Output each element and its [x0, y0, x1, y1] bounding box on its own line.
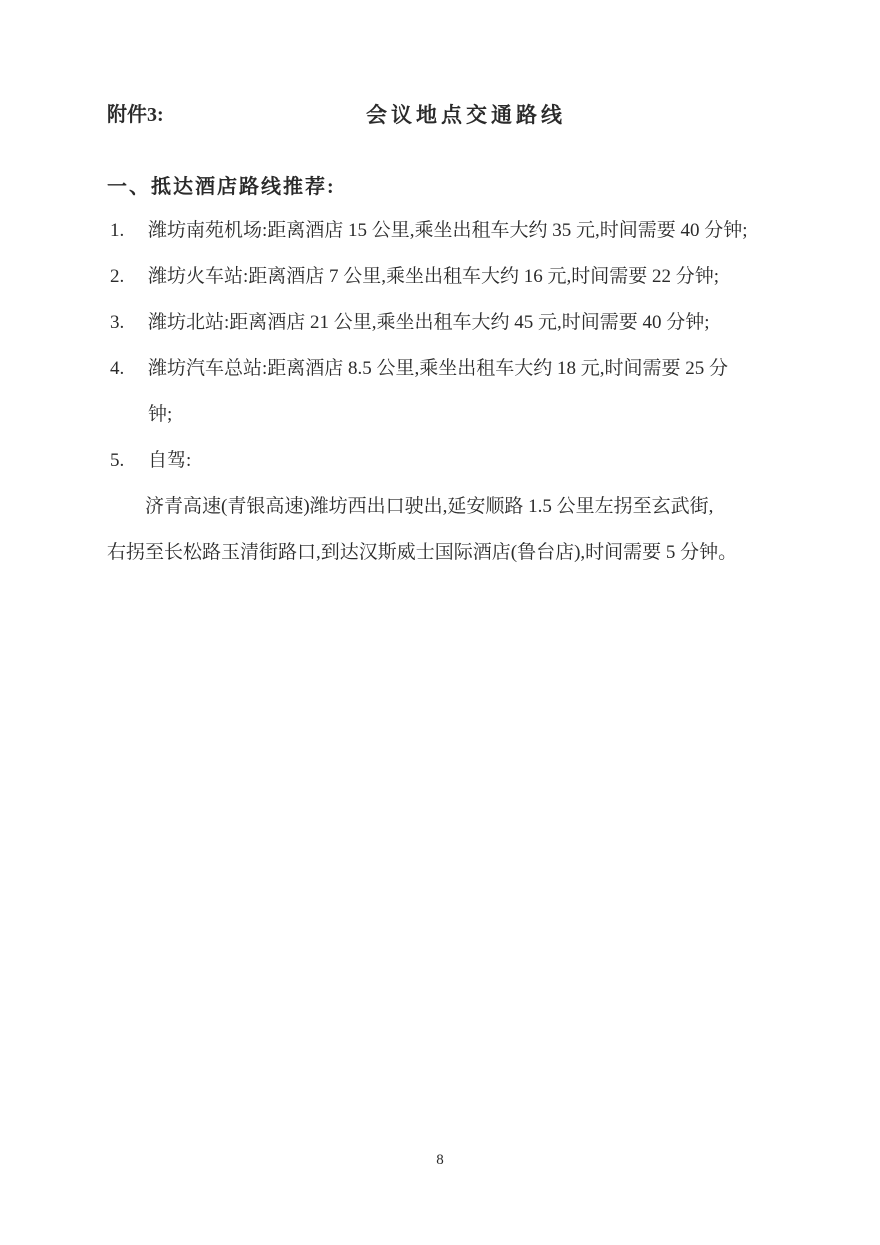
page-title: 会议地点交通路线: [107, 101, 795, 129]
section-heading: 一、抵达酒店路线推荐:: [107, 174, 336, 200]
route-item-text: 自驾:: [148, 438, 820, 484]
document-body: 1. 潍坊南苑机场:距离酒店 15 公里,乘坐出租车大约 35 元,时间需要 4…: [107, 208, 820, 576]
route-item-text: 潍坊北站:距离酒店 21 公里,乘坐出租车大约 45 元,时间需要 40 分钟;: [148, 300, 820, 346]
attachment-label: 附件3:: [107, 101, 164, 129]
route-item-text-continued: 钟;: [148, 392, 820, 438]
document-page: 附件3: 会议地点交通路线 一、抵达酒店路线推荐: 1. 潍坊南苑机场:距离酒店…: [0, 0, 880, 1245]
page-number: 8: [0, 1151, 880, 1169]
route-item-number: 3.: [110, 300, 124, 346]
paragraph-line: 济青高速(青银高速)潍坊西出口驶出,延安顺路 1.5 公里左拐至玄武街,: [107, 484, 820, 530]
route-item-text: 潍坊火车站:距离酒店 7 公里,乘坐出租车大约 16 元,时间需要 22 分钟;: [148, 254, 820, 300]
route-item-number: 2.: [110, 254, 124, 300]
route-item-number: 1.: [110, 208, 124, 254]
paragraph-line: 右拐至长松路玉清街路口,到达汉斯威士国际酒店(鲁台店),时间需要 5 分钟。: [107, 530, 820, 576]
route-item-self-driving: 5. 自驾:: [107, 438, 820, 484]
route-item-text: 潍坊汽车总站:距离酒店 8.5 公里,乘坐出租车大约 18 元,时间需要 25 …: [148, 346, 820, 392]
route-item-train-station: 2. 潍坊火车站:距离酒店 7 公里,乘坐出租车大约 16 元,时间需要 22 …: [107, 254, 820, 300]
document-header: 附件3: 会议地点交通路线: [107, 101, 795, 131]
route-item-text: 潍坊南苑机场:距离酒店 15 公里,乘坐出租车大约 35 元,时间需要 40 分…: [148, 208, 820, 254]
route-item-bus-terminal: 4. 潍坊汽车总站:距离酒店 8.5 公里,乘坐出租车大约 18 元,时间需要 …: [107, 346, 820, 438]
route-item-number: 5.: [110, 438, 124, 484]
route-item-number: 4.: [110, 346, 124, 392]
route-item-north-station: 3. 潍坊北站:距离酒店 21 公里,乘坐出租车大约 45 元,时间需要 40 …: [107, 300, 820, 346]
route-item-airport: 1. 潍坊南苑机场:距离酒店 15 公里,乘坐出租车大约 35 元,时间需要 4…: [107, 208, 820, 254]
driving-directions-paragraph: 济青高速(青银高速)潍坊西出口驶出,延安顺路 1.5 公里左拐至玄武街, 右拐至…: [107, 484, 820, 576]
